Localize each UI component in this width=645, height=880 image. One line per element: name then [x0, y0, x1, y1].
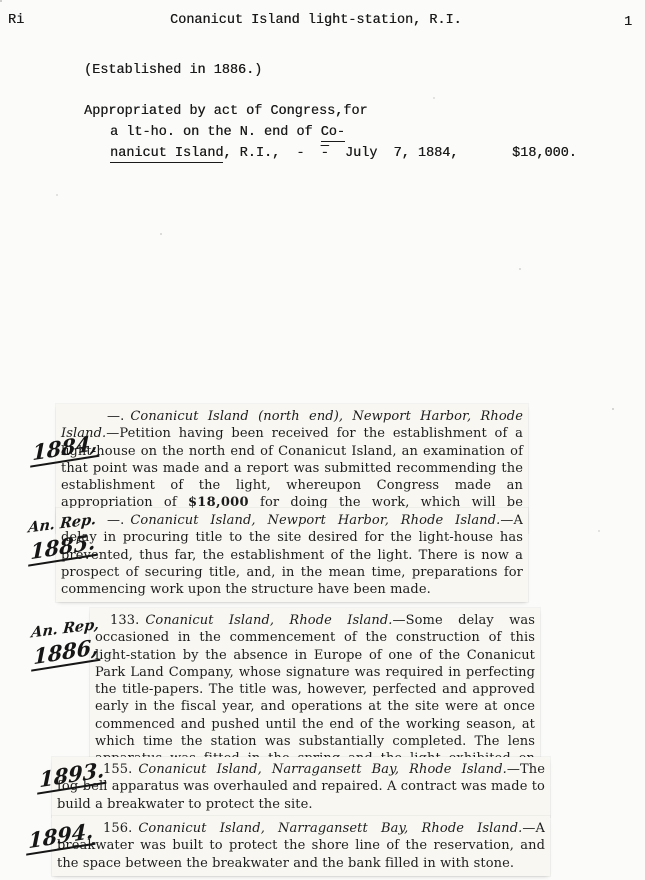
clipping-1893-fogbell: 155.Conanicut Island, Narragansett Bay, …	[52, 757, 550, 817]
clipping-citation: Conanicut Island, Narragansett Bay, Rhod…	[138, 821, 522, 836]
clipping-citation: Conanicut Island, Newport Harbor, Rhode …	[130, 513, 500, 528]
clipping-number: 155.	[103, 762, 138, 777]
handwritten-annotation-1893: 1893.	[37, 764, 107, 789]
appropriation-line-2: a lt-ho. on the N. end of Co-	[110, 124, 345, 142]
clipping-number: 133.	[110, 613, 145, 628]
appropriation-line-3-tail: July 7, 1884,	[329, 146, 459, 161]
clipping-body: —.Conanicut Island, Newport Harbor, Rhod…	[61, 512, 523, 598]
underlined-word-nanicut-island: nanicut Island	[110, 146, 223, 163]
clipping-citation: Conanicut Island, Rhode Island.	[145, 613, 392, 628]
clipping-number: —.	[107, 513, 130, 528]
corner-mark: Ri	[8, 12, 24, 30]
handwritten-annotation-1886: An. Rep, 1886,	[31, 622, 101, 666]
appropriation-line-3-mid: , R.I., -	[223, 146, 320, 161]
established-note: (Established in 1886.)	[84, 62, 262, 80]
handwritten-annotation-1885: An. Rep. 1885.	[28, 517, 98, 561]
handwritten-annotation-1894: 1894.	[26, 825, 96, 850]
page-number: 1	[624, 14, 632, 32]
appropriation-line-3: nanicut Island, R.I., - - July 7, 1884,	[110, 145, 458, 163]
clipping-number: 156.	[103, 821, 138, 836]
clipping-1885-delay: —.Conanicut Island, Newport Harbor, Rhod…	[56, 508, 528, 602]
document-page: Ri Conanicut Island light-station, R.I. …	[0, 0, 645, 880]
clipping-number: —.	[107, 409, 130, 424]
clipping-body: 155.Conanicut Island, Narragansett Bay, …	[57, 761, 545, 813]
scan-speckle	[0, 0, 2, 2]
appropriation-line-2-text: a lt-ho. on the N. end of	[110, 125, 321, 140]
clipping-body: 156.Conanicut Island, Narragansett Bay, …	[57, 820, 545, 872]
page-title: Conanicut Island light-station, R.I.	[170, 12, 462, 30]
handwritten-annotation-1884: 1884,	[30, 437, 100, 462]
clipping-citation: Conanicut Island, Narragansett Bay, Rhod…	[138, 762, 507, 777]
underlined-word-co: Co-	[321, 125, 345, 142]
appropriation-amount: $18,000.	[512, 145, 577, 163]
clipping-1894-breakwater: 156.Conanicut Island, Narragansett Bay, …	[52, 816, 550, 876]
appropriation-line-1: Appropriated by act of Congress,for	[84, 103, 368, 121]
struck-dash: -	[321, 146, 329, 161]
